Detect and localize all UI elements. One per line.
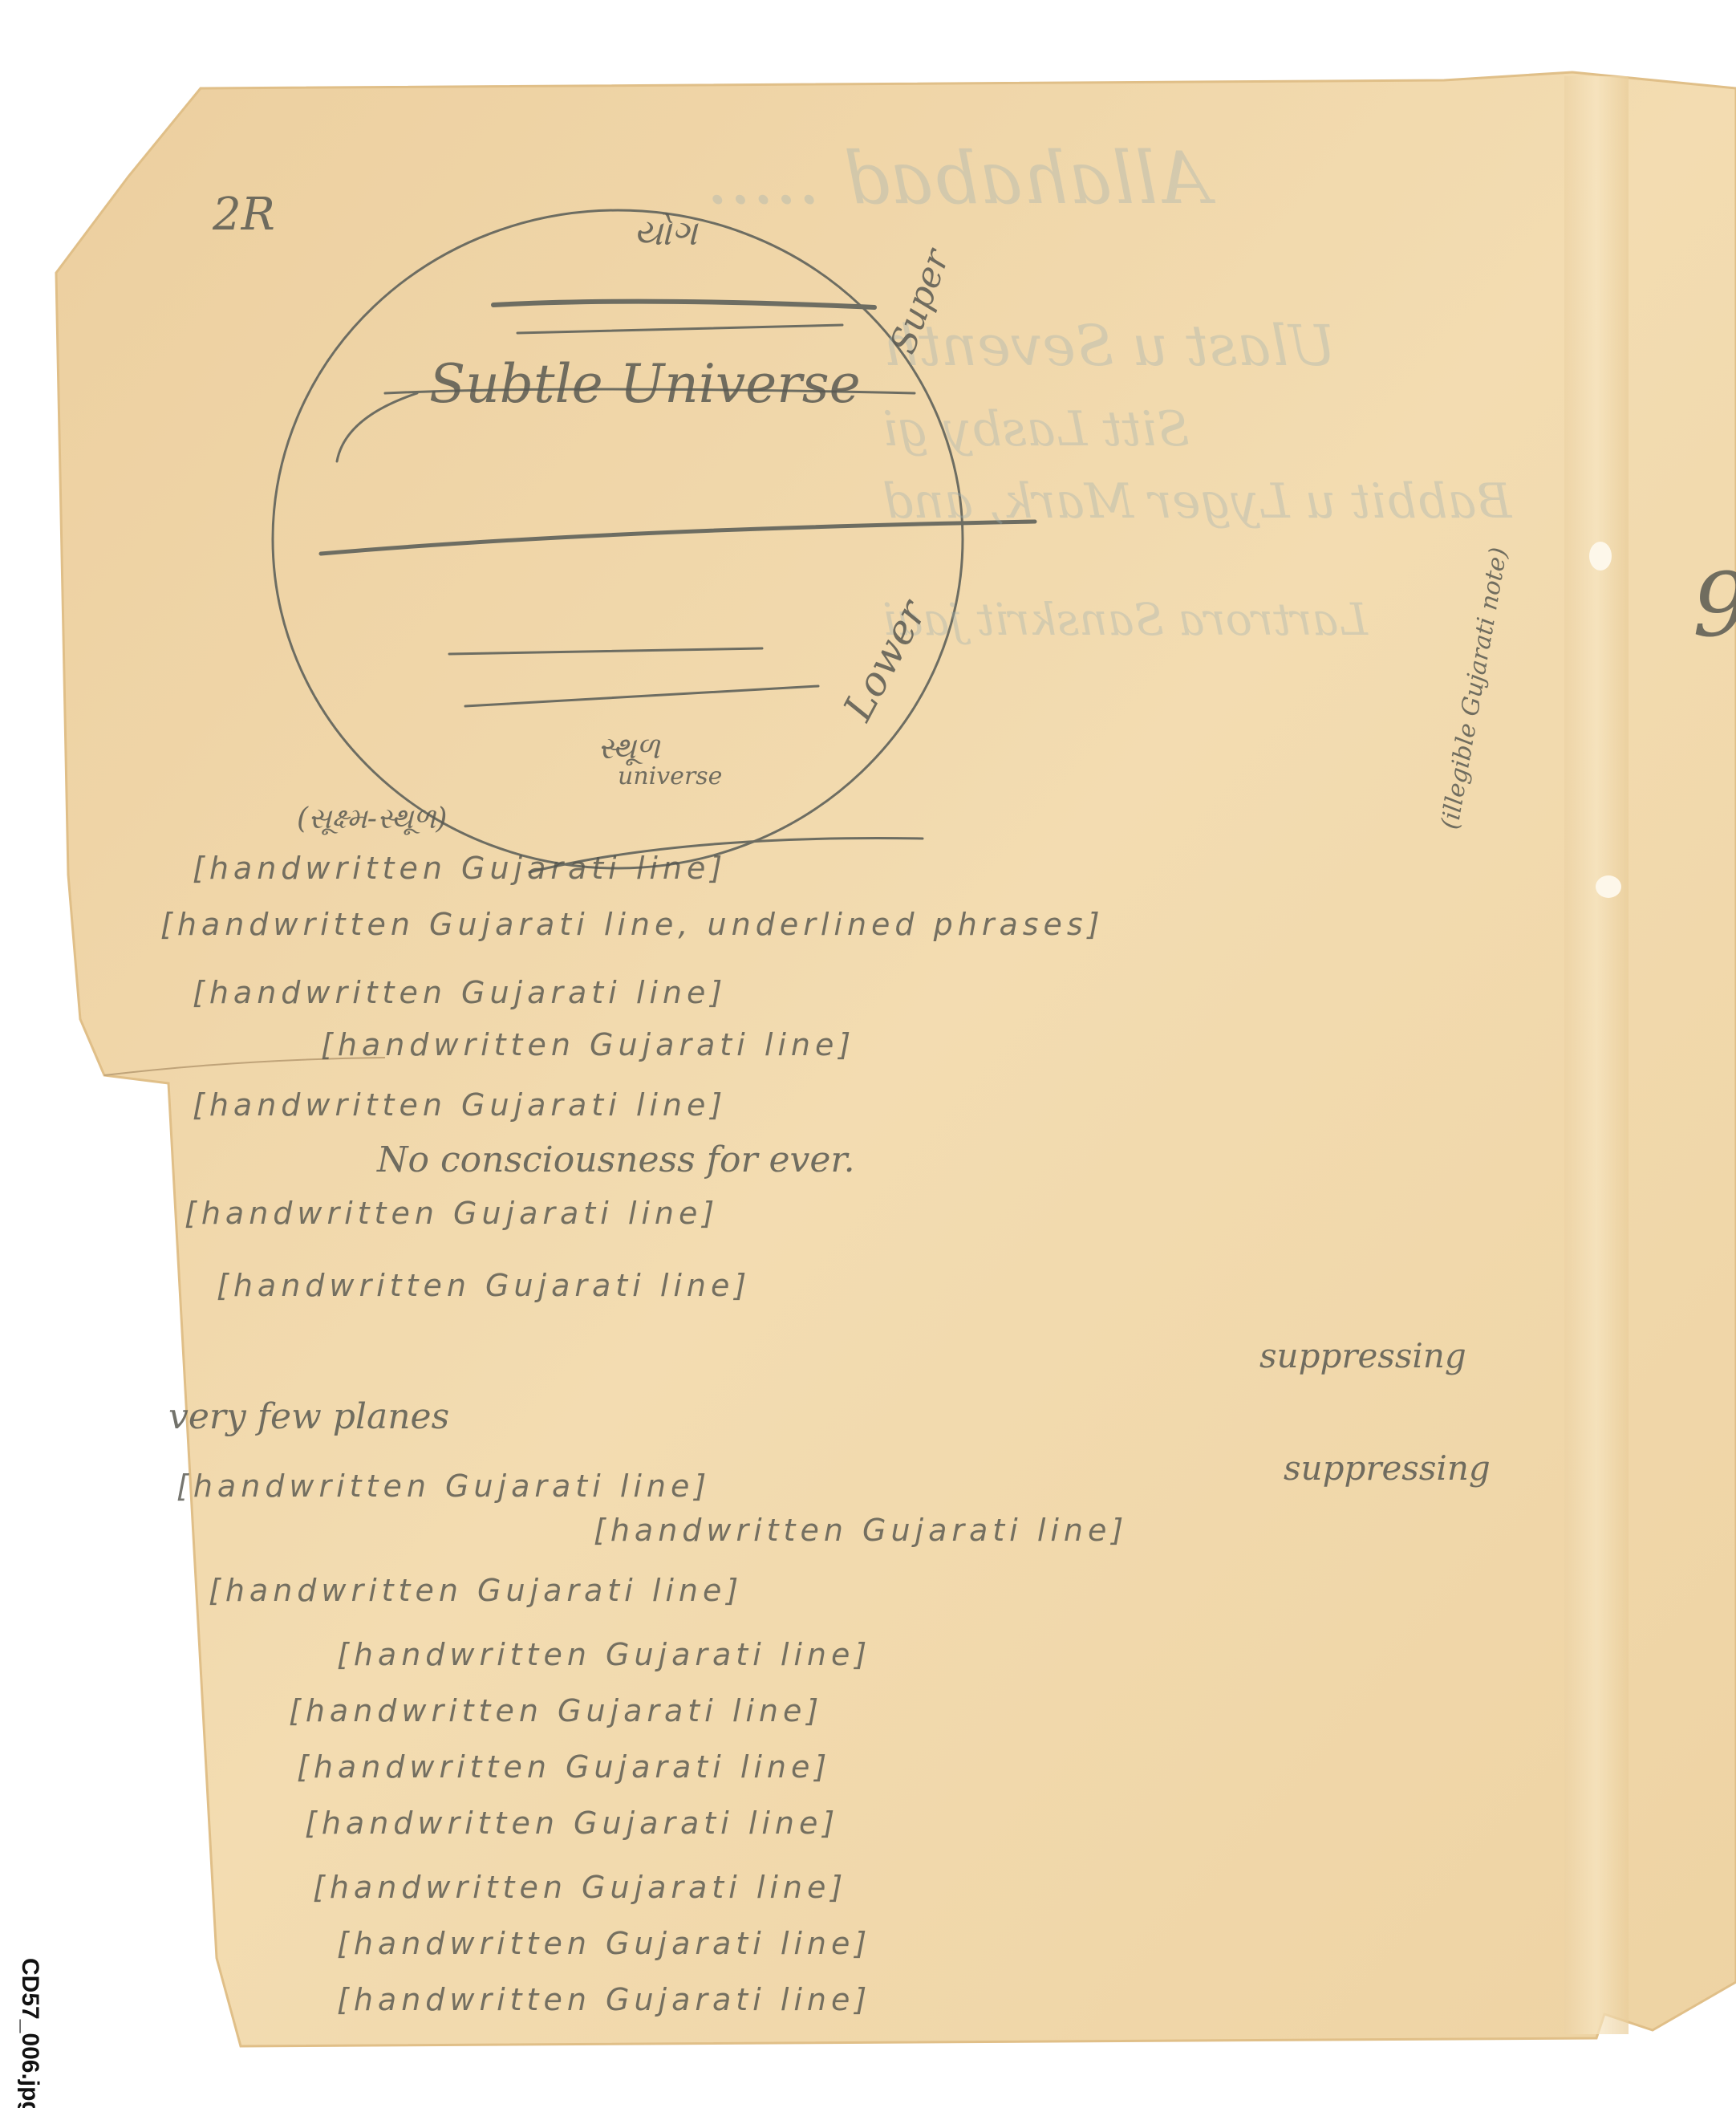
bleed-through-text: Sitt Lasby gi: [882, 401, 1190, 457]
text-line: [handwritten Gujarati line]: [193, 975, 727, 1010]
paper-sheet: [0, 0, 1736, 2108]
text-line: [handwritten Gujarati line]: [337, 1926, 871, 1961]
text-line-english: No consciousness for ever.: [377, 1139, 855, 1180]
text-line: [handwritten Gujarati line]: [185, 1196, 719, 1231]
bleed-through-text: Lartrora Sanskrit jaai: [882, 594, 1368, 645]
text-line: [handwritten Gujarati line]: [289, 1693, 823, 1728]
text-line: [handwritten Gujarati line]: [176, 1468, 711, 1504]
text-line: [handwritten Gujarati line]: [217, 1268, 751, 1303]
text-line: [handwritten Gujarati line]: [337, 1982, 871, 2017]
text-line: [handwritten Gujarati line]: [337, 1637, 871, 1672]
text-line: [handwritten Gujarati line]: [321, 1027, 855, 1062]
diagram-bottom-sublabel: universe: [618, 762, 722, 790]
text-line: [handwritten Gujarati line]: [297, 1749, 831, 1785]
file-name-label: CD57_006.jpg: [14, 1958, 43, 2086]
text-line: [handwritten Gujarati line, underlined p…: [160, 907, 1105, 942]
text-line: [handwritten Gujarati line]: [305, 1805, 839, 1841]
bleed-through-text: Allahabad .....: [706, 136, 1210, 221]
text-line: [handwritten Gujarati line]: [594, 1513, 1128, 1548]
text-line: [handwritten Gujarati line]: [313, 1870, 847, 1905]
text-line: [handwritten Gujarati line]: [193, 851, 727, 886]
diagram-left-caption: (સૂક્ષ્મ-સ્થૂળ): [297, 802, 447, 836]
manuscript-page: Allahabad ..... Ulast u Seventh Sitt Las…: [0, 0, 1736, 2108]
diagram-bottom-label: સ્થૂળ: [598, 730, 660, 766]
bleed-through-text: Ulast u Seventh: [882, 313, 1336, 379]
right-page-fragment: 9: [1693, 554, 1736, 656]
text-line: [handwritten Gujarati line]: [193, 1087, 727, 1123]
text-line-english: suppressing: [1284, 1448, 1491, 1488]
text-line-english: suppressing: [1259, 1336, 1466, 1375]
page-marker: 2R: [213, 189, 275, 241]
diagram-top-label: યોગ: [634, 213, 697, 254]
text-line: [handwritten Gujarati line]: [209, 1573, 743, 1608]
bleed-through-text: Babbit u Lyger Mark, and: [882, 473, 1511, 530]
diagram-center-label: Subtle Universe: [429, 353, 861, 415]
text-line-english: very few planes: [168, 1396, 449, 1437]
